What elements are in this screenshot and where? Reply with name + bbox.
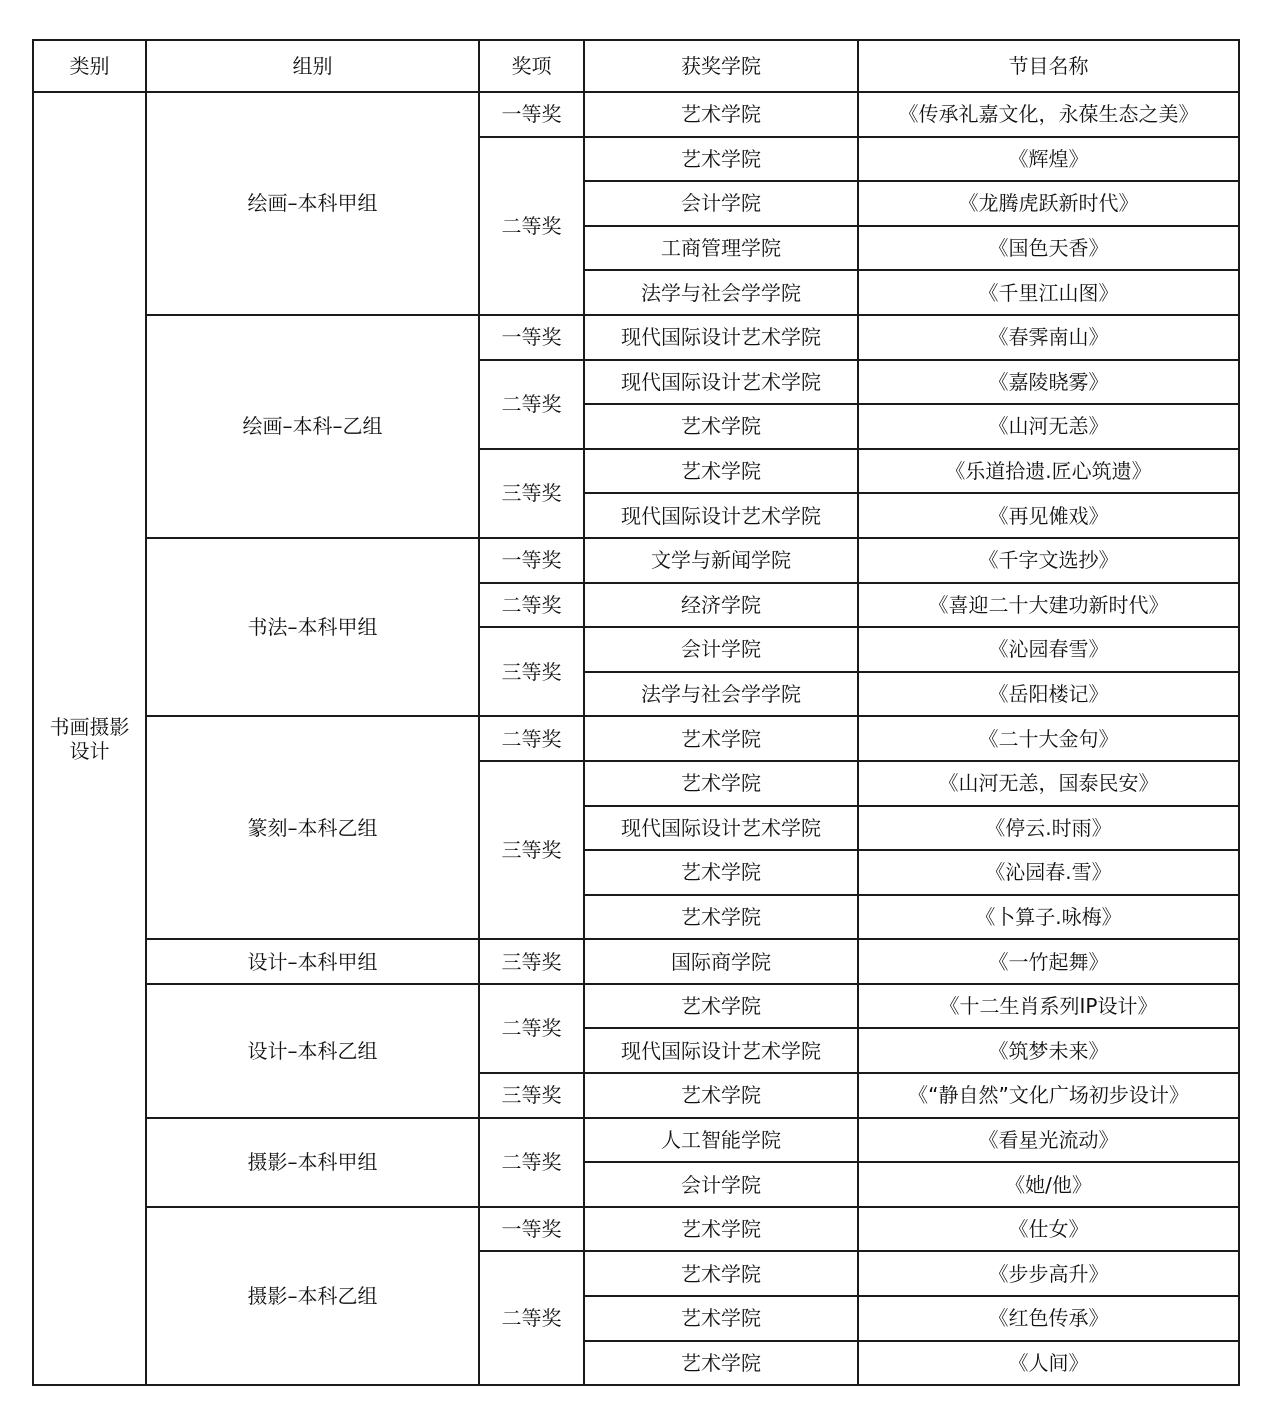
title-cell: 《卜算子.咏梅》 — [858, 895, 1239, 940]
award-level-cell: 二等奖 — [479, 360, 584, 449]
title-cell: 《筑梦未来》 — [858, 1028, 1239, 1073]
table-body: 书画摄影设计绘画–本科甲组一等奖艺术学院《传承礼嘉文化，永葆生态之美》二等奖艺术… — [33, 92, 1239, 1385]
group-cell: 书法–本科甲组 — [146, 538, 479, 716]
title-cell: 《红色传承》 — [858, 1296, 1239, 1341]
table-row: 篆刻–本科乙组二等奖艺术学院《二十大金句》 — [33, 716, 1239, 761]
title-cell: 《传承礼嘉文化，永葆生态之美》 — [858, 92, 1239, 137]
title-cell: 《仕女》 — [858, 1207, 1239, 1252]
title-cell: 《沁园春.雪》 — [858, 850, 1239, 895]
college-cell: 会计学院 — [584, 1162, 858, 1207]
award-level-cell: 三等奖 — [479, 761, 584, 939]
award-level-cell: 二等奖 — [479, 1118, 584, 1207]
award-level-cell: 二等奖 — [479, 716, 584, 761]
award-level-cell: 二等奖 — [479, 583, 584, 628]
title-cell: 《看星光流动》 — [858, 1118, 1239, 1163]
category-cell: 书画摄影设计 — [33, 92, 146, 1385]
college-cell: 经济学院 — [584, 583, 858, 628]
header-category: 类别 — [33, 40, 146, 92]
college-cell: 现代国际设计艺术学院 — [584, 360, 858, 405]
title-cell: 《沁园春雪》 — [858, 627, 1239, 672]
award-level-cell: 三等奖 — [479, 1073, 584, 1118]
college-cell: 艺术学院 — [584, 850, 858, 895]
category-line-1: 书画摄影 — [34, 715, 145, 739]
title-cell: 《春霁南山》 — [858, 315, 1239, 360]
title-cell: 《停云.时雨》 — [858, 806, 1239, 851]
award-level-cell: 二等奖 — [479, 984, 584, 1073]
category-line-2: 设计 — [34, 739, 145, 763]
award-level-cell: 三等奖 — [479, 627, 584, 716]
college-cell: 艺术学院 — [584, 984, 858, 1029]
college-cell: 艺术学院 — [584, 1073, 858, 1118]
header-title: 节目名称 — [858, 40, 1239, 92]
award-level-cell: 一等奖 — [479, 538, 584, 583]
title-cell: 《山河无恙，国泰民安》 — [858, 761, 1239, 806]
college-cell: 现代国际设计艺术学院 — [584, 493, 858, 538]
group-cell: 绘画–本科–乙组 — [146, 315, 479, 538]
college-cell: 现代国际设计艺术学院 — [584, 315, 858, 360]
table-row: 书法–本科甲组一等奖文学与新闻学院《千字文选抄》 — [33, 538, 1239, 583]
college-cell: 工商管理学院 — [584, 226, 858, 271]
college-cell: 艺术学院 — [584, 404, 858, 449]
award-level-cell: 三等奖 — [479, 939, 584, 984]
college-cell: 艺术学院 — [584, 761, 858, 806]
college-cell: 艺术学院 — [584, 1296, 858, 1341]
title-cell: 《千里江山图》 — [858, 270, 1239, 315]
college-cell: 国际商学院 — [584, 939, 858, 984]
college-cell: 艺术学院 — [584, 1341, 858, 1386]
college-cell: 艺术学院 — [584, 716, 858, 761]
header-row: 类别 组别 奖项 获奖学院 节目名称 — [33, 40, 1239, 92]
title-cell: 《龙腾虎跃新时代》 — [858, 181, 1239, 226]
college-cell: 现代国际设计艺术学院 — [584, 1028, 858, 1073]
title-cell: 《一竹起舞》 — [858, 939, 1239, 984]
title-cell: 《辉煌》 — [858, 137, 1239, 182]
title-cell: 《乐道拾遗.匠心筑遗》 — [858, 449, 1239, 494]
award-level-cell: 一等奖 — [479, 92, 584, 137]
title-cell: 《山河无恙》 — [858, 404, 1239, 449]
title-cell: 《喜迎二十大建功新时代》 — [858, 583, 1239, 628]
title-cell: 《国色天香》 — [858, 226, 1239, 271]
title-cell: 《十二生肖系列IP设计》 — [858, 984, 1239, 1029]
college-cell: 会计学院 — [584, 627, 858, 672]
college-cell: 现代国际设计艺术学院 — [584, 806, 858, 851]
title-cell: 《“静自然”文化广场初步设计》 — [858, 1073, 1239, 1118]
title-cell: 《人间》 — [858, 1341, 1239, 1386]
college-cell: 人工智能学院 — [584, 1118, 858, 1163]
title-cell: 《嘉陵晓雾》 — [858, 360, 1239, 405]
college-cell: 法学与社会学学院 — [584, 270, 858, 315]
group-cell: 摄影–本科乙组 — [146, 1207, 479, 1385]
table-row: 书画摄影设计绘画–本科甲组一等奖艺术学院《传承礼嘉文化，永葆生态之美》 — [33, 92, 1239, 137]
award-level-cell: 二等奖 — [479, 137, 584, 315]
awards-table: 类别 组别 奖项 获奖学院 节目名称 书画摄影设计绘画–本科甲组一等奖艺术学院《… — [32, 39, 1240, 1386]
college-cell: 文学与新闻学院 — [584, 538, 858, 583]
header-award: 奖项 — [479, 40, 584, 92]
table-row: 设计–本科乙组二等奖艺术学院《十二生肖系列IP设计》 — [33, 984, 1239, 1029]
award-level-cell: 三等奖 — [479, 449, 584, 538]
group-cell: 设计–本科乙组 — [146, 984, 479, 1118]
college-cell: 艺术学院 — [584, 137, 858, 182]
table-row: 摄影–本科乙组一等奖艺术学院《仕女》 — [33, 1207, 1239, 1252]
college-cell: 艺术学院 — [584, 449, 858, 494]
title-cell: 《二十大金句》 — [858, 716, 1239, 761]
group-cell: 篆刻–本科乙组 — [146, 716, 479, 939]
title-cell: 《她/他》 — [858, 1162, 1239, 1207]
award-level-cell: 一等奖 — [479, 1207, 584, 1252]
college-cell: 艺术学院 — [584, 895, 858, 940]
college-cell: 艺术学院 — [584, 1251, 858, 1296]
table-row: 设计–本科甲组三等奖国际商学院《一竹起舞》 — [33, 939, 1239, 984]
table-row: 绘画–本科–乙组一等奖现代国际设计艺术学院《春霁南山》 — [33, 315, 1239, 360]
header-group: 组别 — [146, 40, 479, 92]
header-college: 获奖学院 — [584, 40, 858, 92]
college-cell: 会计学院 — [584, 181, 858, 226]
table-row: 摄影–本科甲组二等奖人工智能学院《看星光流动》 — [33, 1118, 1239, 1163]
title-cell: 《步步高升》 — [858, 1251, 1239, 1296]
college-cell: 法学与社会学学院 — [584, 672, 858, 717]
title-cell: 《再见傩戏》 — [858, 493, 1239, 538]
title-cell: 《岳阳楼记》 — [858, 672, 1239, 717]
award-level-cell: 一等奖 — [479, 315, 584, 360]
group-cell: 绘画–本科甲组 — [146, 92, 479, 315]
college-cell: 艺术学院 — [584, 1207, 858, 1252]
award-level-cell: 二等奖 — [479, 1251, 584, 1385]
group-cell: 设计–本科甲组 — [146, 939, 479, 984]
title-cell: 《千字文选抄》 — [858, 538, 1239, 583]
group-cell: 摄影–本科甲组 — [146, 1118, 479, 1207]
college-cell: 艺术学院 — [584, 92, 858, 137]
